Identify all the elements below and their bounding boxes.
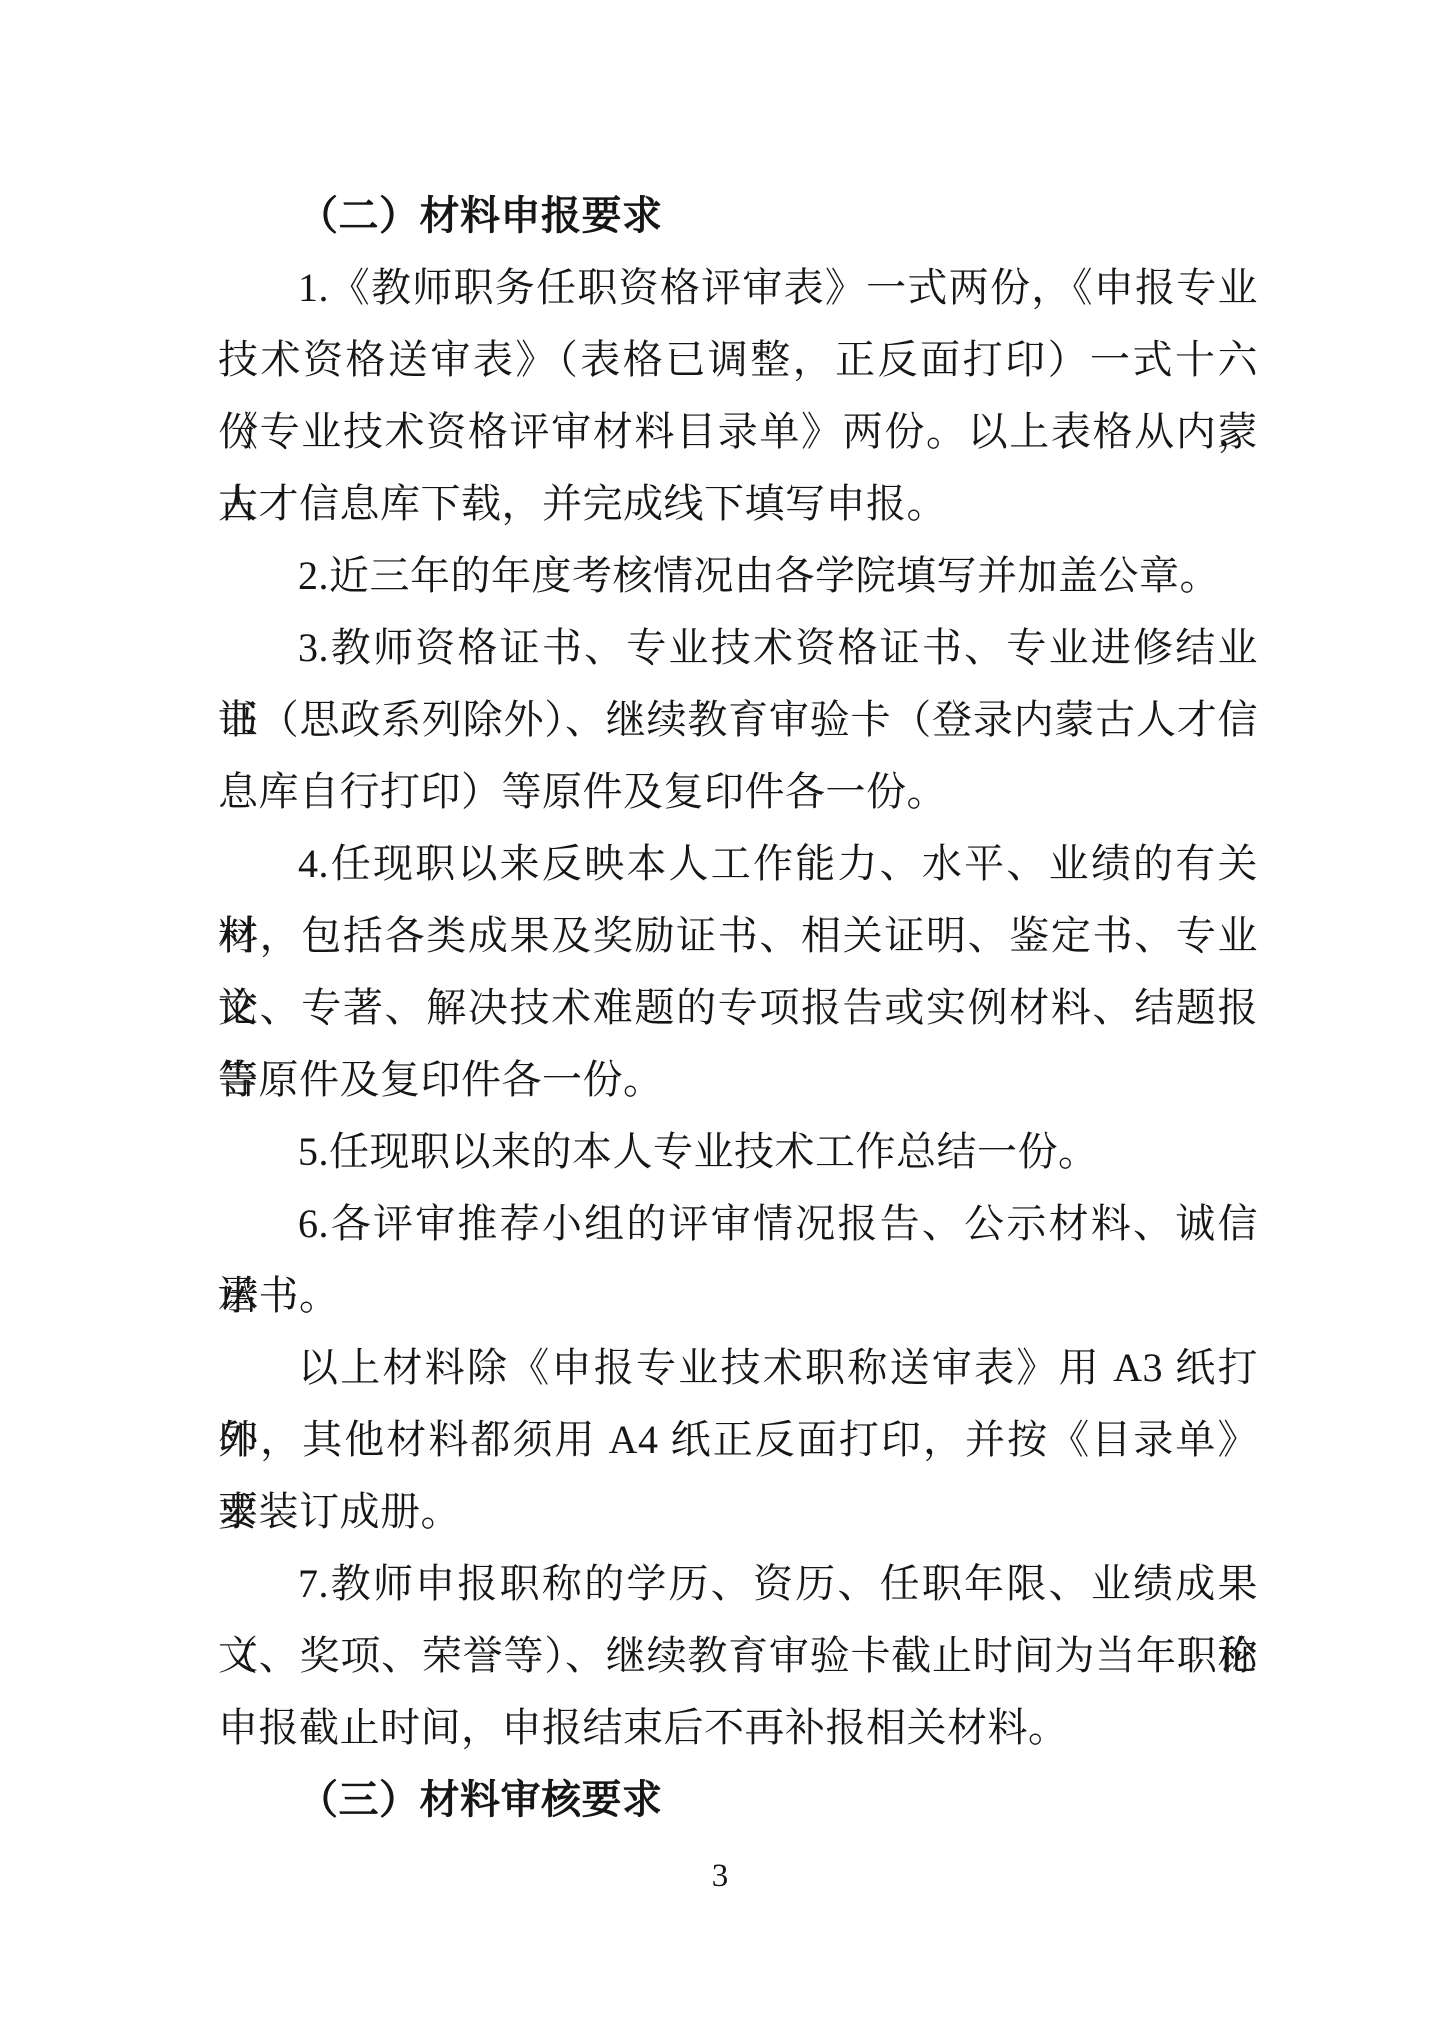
para-8-line-1: 7.教师申报职称的学历、资历、任职年限、业绩成果（论 bbox=[218, 1548, 1258, 1620]
para-6-line-2: 诺书。 bbox=[218, 1260, 1258, 1332]
page-number: 3 bbox=[0, 1856, 1440, 1896]
para-1-line-4: 人才信息库下载，并完成线下填写申报。 bbox=[218, 468, 1258, 540]
document-page: （二）材料申报要求 1.《教师职务任职资格评审表》一式两份，《申报专业 技术资格… bbox=[0, 0, 1440, 2037]
para-4-line-2: 料，包括各类成果及奖励证书、相关证明、鉴定书、专业论 bbox=[218, 900, 1258, 972]
para-5-line-1: 5.任现职以来的本人专业技术工作总结一份。 bbox=[218, 1116, 1258, 1188]
section-heading-2: （二）材料申报要求 bbox=[218, 180, 1258, 252]
para-2-line-1: 2.近三年的年度考核情况由各学院填写并加盖公章。 bbox=[218, 540, 1258, 612]
para-1-line-2: 技术资格送审表》（表格已调整，正反面打印）一式十六份， bbox=[218, 324, 1258, 396]
para-8-line-2: 文、奖项、荣誉等）、继续教育审验卡截止时间为当年职称 bbox=[218, 1620, 1258, 1692]
para-3-line-3: 息库自行打印）等原件及复印件各一份。 bbox=[218, 756, 1258, 828]
para-3-line-2: 书（思政系列除外）、继续教育审验卡（登录内蒙古人才信 bbox=[218, 684, 1258, 756]
section-heading-3: （三）材料审核要求 bbox=[218, 1764, 1258, 1836]
para-7-line-3: 求装订成册。 bbox=[218, 1476, 1258, 1548]
para-4-line-3: 文、专著、解决技术难题的专项报告或实例材料、结题报告 bbox=[218, 972, 1258, 1044]
para-1-line-3: 《专业技术资格评审材料目录单》两份。以上表格从内蒙古 bbox=[218, 396, 1258, 468]
para-8-line-3: 申报截止时间，申报结束后不再补报相关材料。 bbox=[218, 1692, 1258, 1764]
para-7-line-1: 以上材料除《申报专业技术职称送审表》用 A3 纸打印 bbox=[218, 1332, 1258, 1404]
para-4-line-1: 4.任现职以来反映本人工作能力、水平、业绩的有关材 bbox=[218, 828, 1258, 900]
para-3-line-1: 3.教师资格证书、专业技术资格证书、专业进修结业证 bbox=[218, 612, 1258, 684]
para-1-line-1: 1.《教师职务任职资格评审表》一式两份，《申报专业 bbox=[218, 252, 1258, 324]
para-7-line-2: 外，其他材料都须用 A4 纸正反面打印，并按《目录单》要 bbox=[218, 1404, 1258, 1476]
para-6-line-1: 6.各评审推荐小组的评审情况报告、公示材料、诚信承 bbox=[218, 1188, 1258, 1260]
para-4-line-4: 等原件及复印件各一份。 bbox=[218, 1044, 1258, 1116]
document-body: （二）材料申报要求 1.《教师职务任职资格评审表》一式两份，《申报专业 技术资格… bbox=[218, 180, 1258, 1836]
